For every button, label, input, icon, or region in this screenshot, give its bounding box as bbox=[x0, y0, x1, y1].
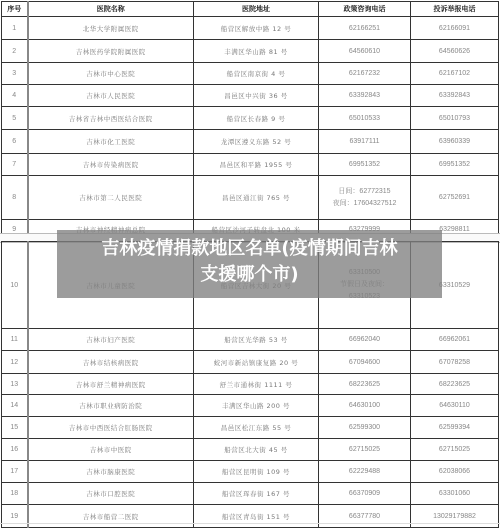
hospital-name: 吉林市船营二医院 bbox=[28, 505, 194, 528]
hospital-address: 龙潭区遵义东路 52 号 bbox=[194, 130, 319, 154]
title-line-1: 吉林疫情捐款地区名单(疫情期间吉林 bbox=[57, 236, 442, 262]
hospital-name: 吉林市人民医院 bbox=[28, 85, 194, 107]
policy-phone: 62229488 bbox=[319, 461, 411, 483]
complaint-phone: 63392843 bbox=[411, 85, 499, 107]
title-line-2: 支援哪个市) bbox=[57, 262, 442, 288]
complaint-phone: 67078258 bbox=[411, 351, 499, 374]
row-no: 17 bbox=[2, 461, 28, 483]
policy-phone: 63917111 bbox=[319, 130, 411, 154]
row-no: 10 bbox=[2, 242, 28, 329]
table-row: 8 吉林市第二人民医院 昌邑区通江街 765 号 日间：62772315 夜间：… bbox=[2, 176, 499, 220]
table-row: 5 吉林省吉林中西医结合医院 船营区长春路 9 号 65010533 65010… bbox=[2, 107, 499, 130]
row-no: 12 bbox=[2, 351, 28, 374]
policy-phone: 67094600 bbox=[319, 351, 411, 374]
complaint-phone: 63960339 bbox=[411, 130, 499, 154]
hospital-name: 吉林市中西医结合肛肠医院 bbox=[28, 417, 194, 439]
hospital-name: 吉林市中医院 bbox=[28, 439, 194, 461]
row-no: 18 bbox=[2, 483, 28, 505]
complaint-phone: 62752691 bbox=[411, 176, 499, 220]
row-no: 15 bbox=[2, 417, 28, 439]
complaint-phone: 64560626 bbox=[411, 40, 499, 63]
table-row: 7 吉林市传染病医院 昌邑区和平路 1955 号 69951352 699513… bbox=[2, 154, 499, 176]
hospital-table-part-1: 序号 医院名称 医院地址 政策咨询电话 投诉举报电话 1 北华大学附属医院 船营… bbox=[1, 1, 499, 240]
header-address: 医院地址 bbox=[194, 2, 319, 17]
complaint-phone: 62167102 bbox=[411, 63, 499, 85]
hospital-name: 吉林市口腔医院 bbox=[28, 483, 194, 505]
policy-phone: 62167232 bbox=[319, 63, 411, 85]
complaint-phone: 13029179882 bbox=[411, 505, 499, 528]
policy-phone: 64560610 bbox=[319, 40, 411, 63]
complaint-phone: 64630110 bbox=[411, 395, 499, 417]
row-no: 2 bbox=[2, 40, 28, 63]
hospital-address: 船营区青岛街 151 号 bbox=[194, 505, 319, 528]
table-row: 14 吉林市职业病防治院 丰满区华山路 200 号 64630100 64630… bbox=[2, 395, 499, 417]
hospital-name: 吉林市第二人民医院 bbox=[28, 176, 194, 220]
table-row: 13 吉林市舒兰精神病医院 舒兰市通林街 1111 号 68223625 682… bbox=[2, 374, 499, 395]
complaint-phone: 68223625 bbox=[411, 374, 499, 395]
complaint-phone: 62166091 bbox=[411, 17, 499, 40]
row-no: 4 bbox=[2, 85, 28, 107]
table-row: 17 吉林市脑康医院 船营区昆明街 109 号 62229488 6203806… bbox=[2, 461, 499, 483]
table-row: 11 吉林市妇产医院 船营区光华路 53 号 66962040 66962061 bbox=[2, 329, 499, 351]
row-no: 16 bbox=[2, 439, 28, 461]
row-no: 11 bbox=[2, 329, 28, 351]
table-row: 1 北华大学附属医院 船营区解放中路 12 号 62166251 6216609… bbox=[2, 17, 499, 40]
hospital-address: 昌邑区通江街 765 号 bbox=[194, 176, 319, 220]
table-row: 12 吉林市结核病医院 蛟河市新站镇康复路 20 号 67094600 6707… bbox=[2, 351, 499, 374]
policy-phone: 62599300 bbox=[319, 417, 411, 439]
table-row: 6 吉林市化工医院 龙潭区遵义东路 52 号 63917111 63960339 bbox=[2, 130, 499, 154]
hospital-address: 昌邑区中兴街 36 号 bbox=[194, 85, 319, 107]
row-no: 13 bbox=[2, 374, 28, 395]
row-no: 19 bbox=[2, 505, 28, 528]
row-no: 14 bbox=[2, 395, 28, 417]
hospital-name: 吉林市化工医院 bbox=[28, 130, 194, 154]
hospital-name: 吉林医药学院附属医院 bbox=[28, 40, 194, 63]
hospital-address: 昌邑区和平路 1955 号 bbox=[194, 154, 319, 176]
row-no: 8 bbox=[2, 176, 28, 220]
hospital-address: 船营区北大街 45 号 bbox=[194, 439, 319, 461]
policy-phone: 64630100 bbox=[319, 395, 411, 417]
row-no: 6 bbox=[2, 130, 28, 154]
row-no: 3 bbox=[2, 63, 28, 85]
table-row: 2 吉林医药学院附属医院 丰满区华山路 81 号 64560610 645606… bbox=[2, 40, 499, 63]
article-title-overlay: 吉林疫情捐款地区名单(疫情期间吉林 支援哪个市) bbox=[57, 230, 442, 298]
hospital-address: 丰满区华山路 81 号 bbox=[194, 40, 319, 63]
hospital-name: 吉林市职业病防治院 bbox=[28, 395, 194, 417]
hospital-address: 昌邑区松江东路 55 号 bbox=[194, 417, 319, 439]
row-no: 1 bbox=[2, 17, 28, 40]
policy-phone-day: 日间：62772315 bbox=[319, 186, 410, 198]
header-complaint-phone: 投诉举报电话 bbox=[411, 2, 499, 17]
policy-phone-night: 夜间：17604327512 bbox=[319, 198, 410, 210]
complaint-phone: 62038066 bbox=[411, 461, 499, 483]
hospital-address: 蛟河市新站镇康复路 20 号 bbox=[194, 351, 319, 374]
hospital-address: 船营区昆明街 109 号 bbox=[194, 461, 319, 483]
policy-phone: 62715025 bbox=[319, 439, 411, 461]
hospital-address: 船营区解放中路 12 号 bbox=[194, 17, 319, 40]
complaint-phone: 69951352 bbox=[411, 154, 499, 176]
table-row: 15 吉林市中西医结合肛肠医院 昌邑区松江东路 55 号 62599300 62… bbox=[2, 417, 499, 439]
header-policy-phone: 政策咨询电话 bbox=[319, 2, 411, 17]
hospital-name: 吉林市传染病医院 bbox=[28, 154, 194, 176]
page-bottom-edge bbox=[0, 523, 500, 524]
hospital-name: 吉林省吉林中西医结合医院 bbox=[28, 107, 194, 130]
row-no: 7 bbox=[2, 154, 28, 176]
hospital-address: 船营区珲春街 167 号 bbox=[194, 483, 319, 505]
hospital-address: 船营区南京街 4 号 bbox=[194, 63, 319, 85]
table-row: 4 吉林市人民医院 昌邑区中兴街 36 号 63392843 63392843 bbox=[2, 85, 499, 107]
hospital-name: 吉林市妇产医院 bbox=[28, 329, 194, 351]
complaint-phone: 66962061 bbox=[411, 329, 499, 351]
table-header-row: 序号 医院名称 医院地址 政策咨询电话 投诉举报电话 bbox=[2, 2, 499, 17]
complaint-phone: 62715025 bbox=[411, 439, 499, 461]
complaint-phone: 63301060 bbox=[411, 483, 499, 505]
table-row: 19 吉林市船营二医院 船营区青岛街 151 号 66377780 130291… bbox=[2, 505, 499, 528]
table-row: 16 吉林市中医院 船营区北大街 45 号 62715025 62715025 bbox=[2, 439, 499, 461]
policy-phone: 63392843 bbox=[319, 85, 411, 107]
policy-phone: 日间：62772315 夜间：17604327512 bbox=[319, 176, 411, 220]
policy-phone: 68223625 bbox=[319, 374, 411, 395]
hospital-address: 舒兰市通林街 1111 号 bbox=[194, 374, 319, 395]
header-hospital-name: 医院名称 bbox=[28, 2, 194, 17]
hospital-address: 丰满区华山路 200 号 bbox=[194, 395, 319, 417]
policy-phone: 69951352 bbox=[319, 154, 411, 176]
hospital-address: 船营区长春路 9 号 bbox=[194, 107, 319, 130]
policy-phone: 62166251 bbox=[319, 17, 411, 40]
hospital-name: 北华大学附属医院 bbox=[28, 17, 194, 40]
header-no: 序号 bbox=[2, 2, 28, 17]
hospital-name: 吉林市中心医院 bbox=[28, 63, 194, 85]
policy-phone: 66370909 bbox=[319, 483, 411, 505]
hospital-name: 吉林市舒兰精神病医院 bbox=[28, 374, 194, 395]
policy-phone: 66962040 bbox=[319, 329, 411, 351]
table-row: 3 吉林市中心医院 船营区南京街 4 号 62167232 62167102 bbox=[2, 63, 499, 85]
hospital-address: 船营区光华路 53 号 bbox=[194, 329, 319, 351]
row-no: 5 bbox=[2, 107, 28, 130]
policy-phone: 65010533 bbox=[319, 107, 411, 130]
complaint-phone: 62599394 bbox=[411, 417, 499, 439]
hospital-name: 吉林市脑康医院 bbox=[28, 461, 194, 483]
complaint-phone: 65010793 bbox=[411, 107, 499, 130]
policy-phone: 66377780 bbox=[319, 505, 411, 528]
table-row: 18 吉林市口腔医院 船营区珲春街 167 号 66370909 6330106… bbox=[2, 483, 499, 505]
hospital-name: 吉林市结核病医院 bbox=[28, 351, 194, 374]
